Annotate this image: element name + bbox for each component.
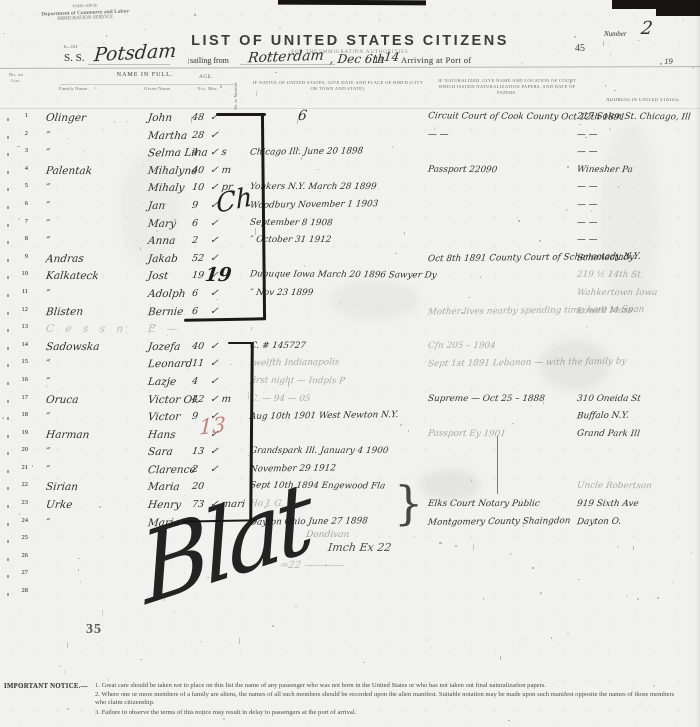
- cell-mk: ✓: [209, 305, 219, 316]
- page-number-stamp: 35: [86, 622, 102, 638]
- scan-speckle: [81, 710, 82, 711]
- scan-speckle: [279, 27, 281, 29]
- cell-no: 6: [14, 200, 28, 207]
- cell-giv: Martha: [147, 130, 188, 142]
- cell-addr: — —: [576, 235, 598, 245]
- cell-giv: Bernie: [147, 305, 184, 317]
- scan-speckle: [2, 417, 4, 419]
- cell-mk: ✓: [209, 130, 219, 141]
- cell-no: 17: [14, 394, 28, 401]
- cell-fam: ″: [45, 218, 50, 230]
- scan-speckle: [691, 552, 692, 554]
- scan-speckle: [510, 553, 512, 554]
- table-row: 23UrkeHenry73✓ mariHo J. G.Elks Court No…: [0, 498, 700, 516]
- cell-age: 20: [191, 481, 204, 492]
- scan-speckle: [471, 480, 472, 482]
- scan-speckle: [174, 219, 175, 220]
- scan-speckle: [395, 253, 397, 254]
- scan-speckle: [164, 599, 165, 601]
- scan-speckle: [49, 357, 50, 364]
- scan-speckle: [78, 558, 80, 560]
- cell-nat_court: Passport Ey 1901: [427, 428, 506, 439]
- scan-speckle: [473, 544, 474, 550]
- table-row: 28: [0, 586, 700, 604]
- scan-speckle: [319, 49, 320, 56]
- scan-speckle: [17, 146, 19, 147]
- cell-age: 11: [191, 358, 204, 369]
- cell-nat_court: Supreme — Oct 25 – 1888: [427, 394, 545, 404]
- scan-speckle: [610, 52, 611, 58]
- scan-speckle: [126, 121, 128, 122]
- cell-no: 9: [14, 253, 28, 260]
- scan-speckle: [452, 361, 454, 362]
- scan-speckle: [543, 401, 544, 404]
- scan-speckle: [404, 232, 405, 235]
- scan-speckle: [325, 564, 327, 566]
- ss-label: S. S.: [64, 52, 85, 64]
- scan-speckle: [591, 210, 592, 212]
- cell-nat_court: Elks Court Notary Public: [427, 499, 540, 509]
- scan-speckle: [95, 87, 96, 90]
- scan-speckle: [578, 579, 580, 580]
- scan-speckle: [274, 39, 275, 41]
- cell-no: 22: [14, 481, 28, 488]
- scan-speckle: [248, 455, 250, 456]
- scan-speckle: [692, 67, 693, 69]
- scan-speckle: [551, 637, 552, 638]
- ship-name-underline: [88, 64, 170, 65]
- cell-age: 10: [191, 182, 204, 193]
- cell-no: 16: [14, 376, 28, 383]
- scan-speckle: [518, 220, 520, 222]
- scan-speckle: [392, 146, 393, 148]
- cell-no: 21: [14, 464, 28, 471]
- cell-mk: ✓: [209, 341, 219, 352]
- cell-fam: Kalkateck: [45, 270, 99, 282]
- cell-age: 6: [191, 218, 198, 229]
- scan-speckle: [67, 708, 68, 710]
- ship-name: Potsdam: [93, 40, 177, 66]
- scan-speckle: [102, 610, 103, 616]
- six-scribble: 6: [297, 108, 308, 124]
- cell-age: 28: [191, 130, 204, 141]
- scan-artifact-corner-bar2: [656, 9, 700, 16]
- cell-nat_born: Grandspark Ill. January 4 1900: [249, 446, 389, 456]
- scan-speckle: [194, 14, 196, 16]
- origin-underline: [240, 64, 335, 65]
- scan-speckle: [251, 327, 252, 329]
- cell-no: 4: [14, 165, 28, 172]
- cell-nat_born: ″ Nov 23 1899: [249, 288, 313, 298]
- scan-speckle: [168, 552, 170, 553]
- table-row: 1OlingerJohn48✓Circuit Court of Cook Cou…: [0, 111, 700, 129]
- scan-speckle: [475, 243, 476, 244]
- cell-fam: Olinger: [45, 112, 86, 124]
- table-row: 7″Mary6✓September 8 1908— —: [0, 217, 700, 235]
- scan-speckle: [434, 127, 435, 130]
- col-header-age-sub: Yrs. Mos.: [186, 86, 230, 92]
- col-header-family: Family Name.: [34, 86, 114, 92]
- notice-item-1: 1. Great care should be taken not to pla…: [95, 682, 685, 690]
- scan-edge-shadow: [695, 0, 700, 727]
- cell-fam: ″: [45, 411, 50, 423]
- cell-mk: ✓: [209, 253, 219, 264]
- scan-speckle: [568, 160, 570, 161]
- cell-age: 9: [191, 200, 198, 211]
- cell-no: 13: [14, 323, 28, 330]
- cell-age: 52: [191, 253, 204, 264]
- scan-speckle: [230, 364, 232, 365]
- year-handwritten: 14: [383, 50, 400, 64]
- scan-speckle: [295, 606, 297, 608]
- scan-smudge: [420, 470, 480, 500]
- bracket1-top-stroke: [216, 113, 266, 116]
- scan-speckle: [626, 595, 628, 597]
- cell-fam: ″: [45, 464, 50, 476]
- scan-speckle: [165, 203, 167, 205]
- cell-fam: ″: [45, 200, 50, 212]
- scan-speckle: [59, 666, 61, 668]
- cell-addr: Grand Park Ill: [576, 428, 640, 438]
- number-value-handwritten: 2: [640, 18, 654, 39]
- scan-speckle: [468, 297, 469, 299]
- scan-speckle: [567, 166, 569, 168]
- cell-no: 27: [14, 569, 28, 576]
- red-13-annotation: 13: [199, 412, 226, 439]
- table-row: 21″Clarence2✓November 29 1912: [0, 463, 700, 481]
- cell-nat_born: Woodbury November 1 1903: [249, 199, 378, 211]
- col-header-native: IF NATIVE OF UNITED STATES, GIVE DATE AN…: [252, 80, 424, 92]
- notice-item-2: 2. Where one or more members of a family…: [95, 691, 685, 707]
- table-row: 20″Sara13✓Grandspark Ill. January 4 1900: [0, 445, 700, 463]
- faint-22-note: =22 ————: [279, 560, 345, 571]
- cell-fam: ″: [45, 446, 50, 458]
- scan-speckle: [202, 714, 204, 716]
- scan-speckle: [154, 325, 155, 327]
- scan-speckle: [114, 121, 115, 122]
- table-row: 24″MariaDayton Ohio June 27 1898Montgome…: [0, 516, 700, 534]
- cell-mk: ✓: [209, 358, 219, 369]
- scan-speckle: [319, 191, 321, 192]
- scan-speckle: [21, 686, 23, 688]
- cell-age: 48: [191, 112, 204, 123]
- scan-speckle: [653, 685, 655, 687]
- scan-speckle: [293, 522, 294, 524]
- cell-addr: Dayton O.: [576, 516, 621, 527]
- cell-no: 3: [14, 147, 28, 154]
- cell-no: 23: [14, 499, 28, 506]
- cell-nat_born: Aug 10th 1901 West Newton N.Y.: [249, 410, 399, 422]
- cell-giv: Maria: [147, 481, 180, 493]
- table-row: 17OrucaVictor Ol.42✓ mC. — 94 — 05Suprem…: [0, 393, 700, 411]
- cell-addr: — —: [576, 182, 598, 192]
- cell-no: 28: [14, 587, 28, 594]
- scan-speckle: [431, 5, 433, 6]
- cell-age: 42: [191, 394, 204, 405]
- table-row: 27: [0, 568, 700, 586]
- scan-speckle: [638, 40, 639, 41]
- scan-speckle: [530, 405, 532, 407]
- scan-speckle: [3, 33, 4, 34]
- scan-speckle: [304, 265, 305, 267]
- scan-speckle: [19, 513, 21, 515]
- scan-speckle: [128, 10, 130, 12]
- scan-speckle: [586, 326, 587, 328]
- cell-age: 4: [191, 376, 198, 387]
- cell-no: 14: [14, 341, 28, 348]
- cell-giv: Victor: [147, 411, 181, 423]
- scan-speckle: [539, 240, 541, 242]
- scan-speckle: [222, 274, 224, 276]
- scan-speckle: [469, 262, 470, 263]
- scan-speckle: [521, 498, 522, 502]
- table-row: 8″Anna2✓″ October 31 1912— —: [0, 234, 700, 252]
- cell-no: 26: [14, 552, 28, 559]
- cell-addr: 919 Sixth Ave: [576, 499, 639, 509]
- table-row: 13C e s s nE —: [0, 322, 700, 340]
- scan-speckle: [614, 90, 616, 91]
- scan-speckle: [297, 119, 298, 123]
- cell-mk: ✓: [209, 288, 219, 299]
- cell-mk: ✓: [209, 376, 219, 387]
- cell-giv: Leonard: [147, 358, 193, 371]
- arriving-label: Arriving at Port of: [401, 55, 472, 65]
- table-row: 6″Jan9✓Woodbury November 1 1903— —: [0, 199, 700, 217]
- col-header-manifest-rotated: No. on Manifest: [233, 70, 238, 110]
- cell-nat_born: Chicago Ill. June 20 1898: [249, 146, 363, 157]
- scan-speckle: [92, 47, 93, 48]
- scan-speckle: [288, 382, 289, 387]
- cell-age: 19: [191, 270, 204, 281]
- scan-speckle: [156, 230, 158, 232]
- cell-no: 1: [14, 112, 28, 119]
- col-header-address: ADDRESS IN UNITED STATES.: [588, 98, 698, 104]
- scan-speckle: [500, 656, 501, 660]
- scan-speckle: [414, 536, 416, 537]
- scan-speckle: [618, 186, 619, 188]
- cell-age: 4: [191, 147, 198, 158]
- scan-speckle: [80, 581, 81, 582]
- scan-speckle: [220, 85, 222, 87]
- cell-nat_born: C. — 94 — 05: [249, 394, 311, 404]
- scan-speckle: [256, 91, 257, 96]
- cell-fam: Palentak: [45, 165, 92, 177]
- scan-smudge: [540, 340, 610, 390]
- scan-speckle: [126, 326, 127, 328]
- faint-name-note: Dondivan: [305, 530, 350, 540]
- scan-speckle: [140, 659, 142, 660]
- grouping-brace: }: [394, 476, 423, 530]
- scan-speckle: [603, 41, 604, 46]
- scan-speckle: [525, 638, 526, 641]
- scan-speckle: [200, 641, 202, 643]
- scan-speckle: [521, 62, 523, 64]
- cell-fam: Urke: [45, 499, 73, 511]
- scan-speckle: [97, 11, 98, 13]
- scan-speckle: [585, 137, 587, 138]
- cell-mk: ✓: [209, 235, 219, 246]
- cell-giv: E —: [147, 323, 182, 335]
- cell-no: 11: [14, 288, 28, 295]
- cell-age: 9: [191, 411, 198, 422]
- scan-speckle: [99, 506, 101, 508]
- col-header-age: AGE.: [188, 74, 224, 80]
- cell-no: 25: [14, 534, 28, 541]
- cell-fam: ″: [45, 182, 50, 194]
- scan-speckle: [32, 465, 33, 467]
- form-code: 6—151: [64, 44, 78, 49]
- table-row: 19HarmanHans✓Passport Ey 1901Grand Park …: [0, 428, 700, 446]
- year-suffix: , 19: [660, 56, 673, 66]
- scan-artifact-top-bar: [278, 0, 426, 5]
- cell-no: 5: [14, 182, 28, 189]
- scan-speckle: [579, 124, 581, 126]
- scan-smudge: [600, 120, 660, 320]
- table-row: 4PalentakMihalyné40✓ mPassport 22090Wine…: [0, 164, 700, 182]
- cell-fam: ″: [45, 235, 50, 247]
- scan-speckle: [248, 392, 249, 399]
- cell-nat_court: Cfn 205 – 1904: [427, 341, 496, 351]
- scan-speckle: [480, 276, 482, 278]
- scan-speckle: [275, 72, 277, 74]
- year-printed: 19: [374, 55, 383, 65]
- scan-speckle: [450, 518, 451, 522]
- cell-giv: Jozefa: [147, 341, 181, 353]
- scan-speckle: [593, 258, 594, 260]
- scan-speckle: [591, 556, 593, 557]
- scan-speckle: [78, 569, 79, 571]
- scan-speckle: [303, 108, 304, 109]
- scan-speckle: [617, 546, 619, 548]
- cell-addr: 310 Oneida St: [576, 394, 641, 404]
- cell-giv: Lazje: [147, 376, 177, 388]
- scan-speckle: [637, 598, 639, 600]
- cell-fam: Sadowska: [45, 341, 100, 353]
- scan-speckle: [540, 592, 542, 594]
- scan-speckle: [379, 18, 380, 22]
- scan-speckle: [106, 35, 107, 36]
- scan-speckle: [270, 55, 272, 57]
- scan-speckle: [512, 423, 514, 425]
- important-notice-label: IMPORTANT NOTICE.—: [4, 683, 88, 690]
- table-row: 5″Mihaly10✓ prYonkers N.Y. March 28 1899…: [0, 181, 700, 199]
- scan-speckle: [272, 625, 274, 626]
- scan-speckle: [640, 703, 641, 705]
- cell-giv: Sara: [147, 446, 173, 458]
- scan-speckle: [188, 58, 189, 65]
- cell-mk: ✓: [209, 464, 219, 475]
- scan-speckle: [633, 546, 634, 550]
- scan-speckle: [339, 302, 340, 303]
- scan-speckle: [322, 373, 323, 374]
- scan-speckle: [147, 339, 148, 341]
- cell-fam: C e s s n: [45, 323, 127, 336]
- cell-giv: Clarence: [147, 464, 196, 477]
- cell-fam: Andras: [45, 253, 84, 265]
- scan-speckle: [188, 365, 189, 371]
- cell-no: 15: [14, 358, 28, 365]
- scan-speckle: [239, 638, 240, 643]
- cell-age: 40: [191, 341, 204, 352]
- cell-fam: ″: [45, 130, 50, 142]
- scan-speckle: [207, 577, 209, 578]
- scan-speckle: [355, 49, 356, 51]
- cell-giv: Jost: [147, 270, 168, 282]
- cell-addr: — —: [576, 200, 598, 210]
- scan-speckle: [170, 486, 171, 488]
- scan-speckle: [255, 228, 256, 235]
- scan-speckle: [191, 117, 192, 124]
- scan-speckle: [114, 497, 115, 500]
- cell-fam: ″: [45, 147, 50, 159]
- scan-speckle: [168, 378, 169, 384]
- scan-smudge: [330, 280, 420, 320]
- cell-mk: ✓ m: [209, 165, 231, 176]
- cell-age: 40: [191, 165, 204, 176]
- scan-speckle: [447, 700, 448, 702]
- scan-speckle: [345, 641, 346, 642]
- cell-no: 18: [14, 411, 28, 418]
- scan-speckle: [112, 682, 113, 684]
- scan-speckle: [508, 720, 510, 721]
- cell-nat_court: Montgomery County Shaingdon: [427, 516, 571, 528]
- table-row: 22SirianMaria20Sept 10th 1894 Engewood F…: [0, 480, 700, 498]
- cell-mk: ✓ s: [209, 147, 227, 158]
- cell-addr: — —: [576, 147, 598, 157]
- scan-speckle: [574, 36, 576, 38]
- scan-speckle: [400, 424, 402, 425]
- col-header-no: No. on List.: [4, 72, 28, 84]
- cell-nat_born: first night — Indpls P: [249, 376, 345, 387]
- scan-speckle: [408, 430, 409, 431]
- sheet-number: 45: [575, 43, 585, 54]
- table-row: 2″Martha28✓— —— —: [0, 129, 700, 147]
- cell-nat_born: Dubuque Iowa March 20 1896 Sawyer Dy: [250, 270, 438, 281]
- scan-speckle: [672, 582, 673, 583]
- cell-addr: Buffalo N.Y.: [576, 411, 629, 422]
- scan-speckle: [126, 711, 127, 713]
- scan-speckle: [439, 542, 441, 544]
- cell-addr: — —: [576, 130, 598, 140]
- scan-speckle: [167, 335, 169, 336]
- cell-nat_born: Yonkers N.Y. March 28 1899: [249, 182, 377, 192]
- cell-no: 20: [14, 446, 28, 453]
- scan-speckle: [108, 678, 109, 681]
- scan-artifact-corner-bar: [612, 0, 700, 9]
- scan-smudge: [120, 150, 180, 270]
- col-header-given: Given Name.: [128, 86, 188, 92]
- cell-fam: Sirian: [45, 481, 78, 493]
- name-column-rule: [60, 84, 235, 85]
- cell-giv: John: [147, 112, 172, 124]
- scan-speckle: [67, 642, 68, 648]
- cell-no: 19: [14, 429, 28, 436]
- page-title: LIST OF UNITED STATES CITIZENS: [150, 33, 550, 49]
- cell-no: 12: [14, 306, 28, 313]
- scan-speckle: [692, 459, 693, 461]
- scan-speckle: [67, 138, 69, 139]
- cell-no: 10: [14, 270, 28, 277]
- cell-age: 2: [191, 464, 198, 475]
- cell-mk: ✓: [209, 446, 219, 457]
- header-rule: [0, 66, 700, 69]
- number-label: Number: [604, 30, 627, 38]
- scan-speckle: [83, 150, 85, 152]
- scan-speckle: [609, 128, 610, 130]
- cell-mk: ✓ m: [209, 394, 231, 405]
- cell-nat_born: C. # 145727: [249, 341, 306, 351]
- cell-age: 6: [191, 288, 198, 299]
